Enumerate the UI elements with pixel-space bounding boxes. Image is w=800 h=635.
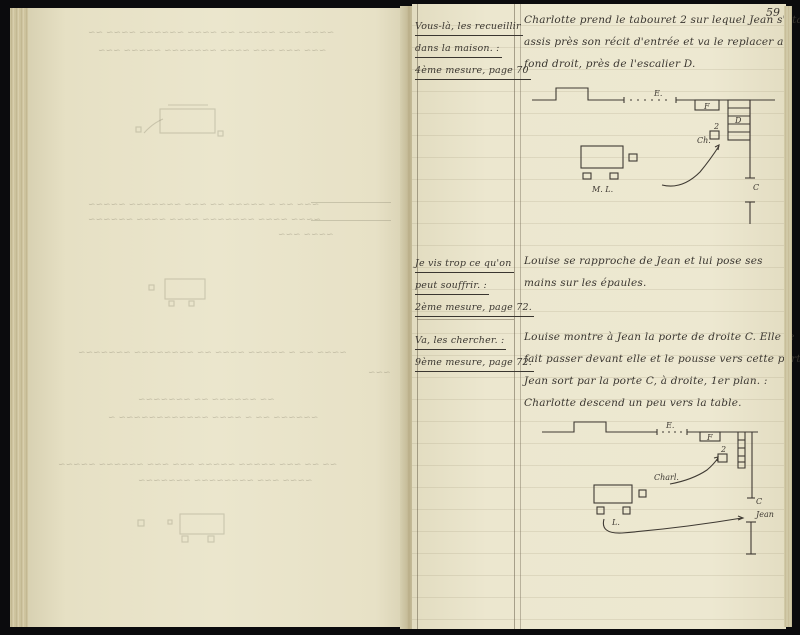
right-page-edges: [784, 6, 792, 627]
louise-label: L.: [611, 518, 620, 527]
ghost-text: ~~~~ ~~~ ~~~~~ ~~ ~~~~ ~~~~~~ ~~~~ ~~: [88, 26, 334, 40]
stage-plan-diagram-2: E. F C 2 Charl. L.: [542, 418, 792, 563]
ghost-text: ~~~: [368, 366, 391, 380]
ghost-diagram-2: [133, 263, 253, 313]
ghost-text: ~~~ ~~ ~ ~~~~~ ~~ ~~~ ~~~~~~~ ~~~~~: [88, 198, 319, 212]
ghost-text: ~~~ ~~~ ~~~ ~~~~ ~~~~~~~ ~~~~~ ~~~: [98, 44, 326, 58]
table-label: M. L.: [591, 185, 613, 194]
cue-entry-1: Vous-là, les recueillir dans la maison. …: [415, 16, 531, 82]
direction-line: Louise se rapproche de Jean et lui pose …: [524, 250, 763, 272]
stair-label-d: D: [734, 116, 742, 125]
svg-text:F: F: [703, 102, 710, 111]
stage-direction-2: Louise se rapproche de Jean et lui pose …: [524, 250, 763, 294]
ghost-text: ~~ ~~~~~~ ~~ ~~~~~~~: [138, 393, 275, 407]
jean-label: Jean: [754, 510, 774, 519]
svg-text:2: 2: [713, 122, 719, 131]
direction-line: fond droit, près de l'escalier D.: [524, 53, 800, 75]
svg-text:2: 2: [720, 445, 726, 454]
ghost-text: ~~~~ ~~~ ~~~~~~~~ ~~~~~~~: [138, 474, 313, 488]
ghost-diagram-3: [108, 508, 248, 558]
door-label-e: E.: [653, 89, 662, 98]
door-label-e: E.: [665, 421, 674, 430]
stage-plan-diagram-1: E. F D C 2 Ch. M. L.: [532, 86, 782, 226]
ghost-text: ~~~~ ~~ ~ ~~~~~ ~~~~ ~~ ~~~~~~~~ ~~~~~~~: [78, 346, 347, 360]
direction-line: Louise montre à Jean la porte de droite …: [524, 326, 800, 348]
direction-line: mains sur les épaules.: [524, 272, 763, 294]
ghost-text: ~~~~ ~~~~ ~~~~~~~ ~~~~ ~~~~ ~~~~~~: [88, 213, 321, 227]
cue-line: peut souffrir. :: [415, 278, 489, 295]
cue-line: Je vis trop ce qu'on: [415, 256, 514, 273]
direction-line: Charlotte prend le tabouret 2 sur lequel…: [524, 9, 800, 31]
door-label-c: C: [753, 183, 759, 192]
direction-line: Jean sort par la porte C, à droite, 1er …: [524, 370, 800, 392]
stage-direction-1: Charlotte prend le tabouret 2 sur lequel…: [524, 9, 800, 75]
cue-line: Vous-là, les recueillir: [415, 19, 523, 36]
svg-text:F: F: [706, 433, 713, 442]
cue-line: 4ème mesure, page 70: [415, 63, 531, 80]
left-page: ~~~~ ~~~ ~~~~~ ~~ ~~~~ ~~~~~~ ~~~~ ~~ ~~…: [28, 8, 406, 627]
cue-line: dans la maison. :: [415, 41, 502, 58]
charlotte-label: Charl.: [654, 473, 679, 482]
cue-line: Va, les chercher. :: [415, 333, 506, 350]
ghost-text: ~~ ~~ ~~~ ~~~~~ ~~~~~ ~~~ ~~~ ~~~~~~ ~~~…: [58, 458, 337, 472]
door-label-c: C: [756, 497, 762, 506]
direction-line: assis près son récit d'entrée et va le r…: [524, 31, 800, 53]
cue-line: 9ème mesure, page 72.: [415, 355, 534, 372]
cue-line: 2ème mesure, page 72.: [415, 300, 534, 317]
stage-direction-3: Louise montre à Jean la porte de droite …: [524, 326, 800, 414]
cue-entry-3: Va, les chercher. : 9ème mesure, page 72…: [415, 330, 534, 374]
right-page: 59 Vous-là, les recueillir dans la maiso…: [412, 4, 786, 629]
ghost-diagram-1: [108, 103, 258, 153]
chair-label: Ch.: [697, 136, 711, 145]
direction-line: Charlotte descend un peu vers la table.: [524, 392, 800, 414]
open-notebook: ~~~~ ~~~ ~~~~~ ~~ ~~~~ ~~~~~~ ~~~~ ~~ ~~…: [0, 0, 800, 635]
ghost-text: ~~~~~~ ~~ ~ ~~~~ ~~~~~~~~~~~~ ~: [108, 411, 318, 425]
cue-entry-2: Je vis trop ce qu'on peut souffrir. : 2è…: [415, 253, 534, 319]
direction-line: fait passer devant elle et le pousse ver…: [524, 348, 800, 370]
ghost-text: ~~~~ ~~~: [278, 228, 334, 242]
entry-divider: [417, 319, 514, 320]
